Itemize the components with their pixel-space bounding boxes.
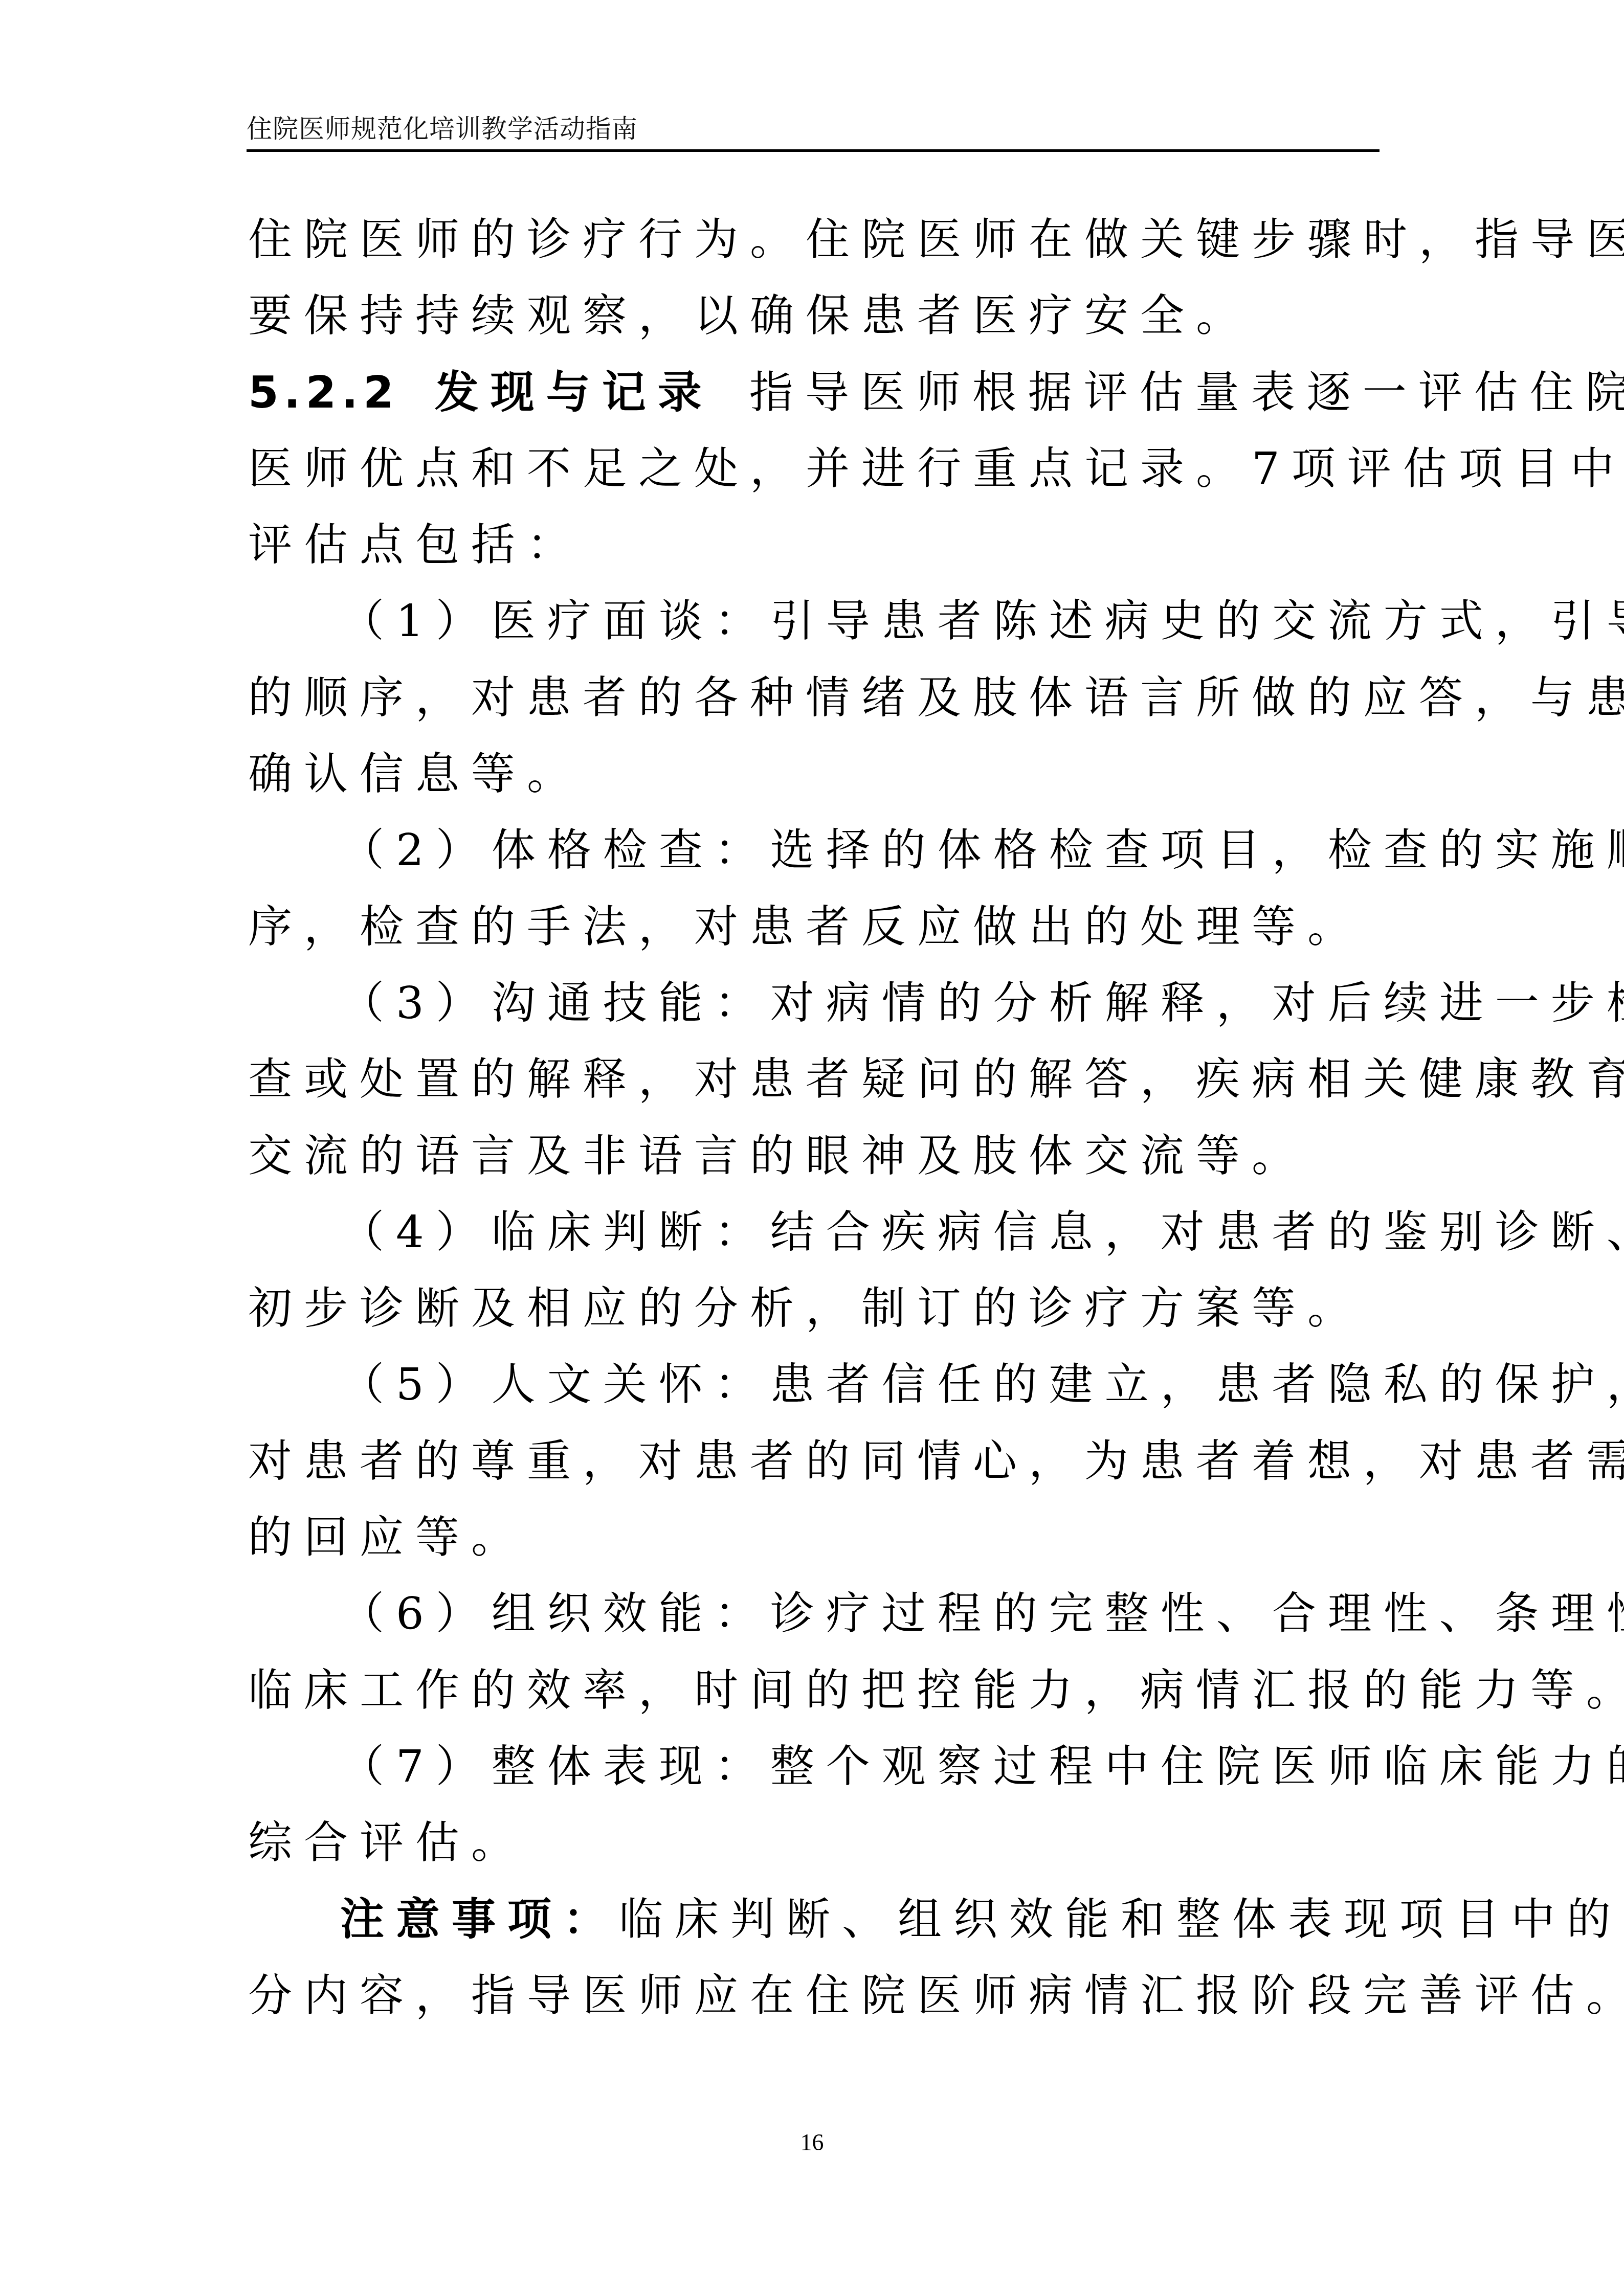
section-title: 发现与记录 — [435, 367, 714, 418]
section-5-2-2: 5.2.2发现与记录指导医师根据评估量表逐一评估住院 医师优点和不足之处，并进行… — [248, 355, 1394, 584]
section-heading-line: 5.2.2发现与记录指导医师根据评估量表逐一评估住院 — [248, 355, 1394, 431]
page-number: 16 — [0, 2127, 1624, 2158]
text-line: （2）体格检查：选择的体格检查项目，检查的实施顺 — [248, 813, 1394, 889]
evaluation-item-3: （3）沟通技能：对病情的分析解释，对后续进一步检 查或处置的解释，对患者疑问的解… — [248, 965, 1394, 1195]
note-first-line-text: 临床判断、组织效能和整体表现项目中的部 — [619, 1894, 1624, 1945]
text-line: 分内容，指导医师应在住院医师病情汇报阶段完善评估。 — [248, 1958, 1394, 2034]
page-body: 住院医师的诊疗行为。住院医师在做关键步骤时，指导医师 要保持持续观察，以确保患者… — [248, 202, 1394, 2034]
text-line: 查或处置的解释，对患者疑问的解答，疾病相关健康教育， — [248, 1042, 1394, 1118]
text-line: 住院医师的诊疗行为。住院医师在做关键步骤时，指导医师 — [248, 202, 1394, 278]
text-line: （3）沟通技能：对病情的分析解释，对后续进一步检 — [248, 965, 1394, 1042]
evaluation-item-2: （2）体格检查：选择的体格检查项目，检查的实施顺 序，检查的手法，对患者反应做出… — [248, 813, 1394, 965]
text-line: 对患者的尊重，对患者的同情心，为患者着想，对患者需求 — [248, 1424, 1394, 1500]
evaluation-item-6: （6）组织效能：诊疗过程的完整性、合理性、条理性， 临床工作的效率，时间的把控能… — [248, 1576, 1394, 1729]
text-line: 确认信息等。 — [248, 736, 1394, 813]
text-line: 序，检查的手法，对患者反应做出的处理等。 — [248, 889, 1394, 965]
text-line: （4）临床判断：结合疾病信息，对患者的鉴别诊断、 — [248, 1195, 1394, 1271]
note-label: 注意事项： — [340, 1894, 619, 1945]
section-number: 5.2.2 — [248, 367, 399, 418]
text-line: 医师优点和不足之处，并进行重点记录。7项评估项目中的 — [248, 431, 1394, 507]
evaluation-item-4: （4）临床判断：结合疾病信息，对患者的鉴别诊断、 初步诊断及相应的分析，制订的诊… — [248, 1195, 1394, 1347]
text-line: 的回应等。 — [248, 1500, 1394, 1576]
text-line: （6）组织效能：诊疗过程的完整性、合理性、条理性， — [248, 1576, 1394, 1652]
text-line: （7）整体表现：整个观察过程中住院医师临床能力的 — [248, 1729, 1394, 1805]
header-rule-divider — [247, 149, 1380, 152]
section-first-line-text: 指导医师根据评估量表逐一评估住院 — [749, 367, 1624, 418]
evaluation-item-1: （1）医疗面谈：引导患者陈述病史的交流方式，引导 的顺序，对患者的各种情绪及肢体… — [248, 583, 1394, 813]
text-line: 初步诊断及相应的分析，制订的诊疗方案等。 — [248, 1271, 1394, 1347]
continuation-paragraph: 住院医师的诊疗行为。住院医师在做关键步骤时，指导医师 要保持持续观察，以确保患者… — [248, 202, 1394, 355]
evaluation-item-5: （5）人文关怀：患者信任的建立，患者隐私的保护， 对患者的尊重，对患者的同情心，… — [248, 1347, 1394, 1576]
note-paragraph: 注意事项：临床判断、组织效能和整体表现项目中的部 分内容，指导医师应在住院医师病… — [248, 1882, 1394, 2035]
text-line: 的顺序，对患者的各种情绪及肢体语言所做的应答，与患者 — [248, 660, 1394, 736]
text-line: （1）医疗面谈：引导患者陈述病史的交流方式，引导 — [248, 583, 1394, 660]
text-line: 评估点包括： — [248, 507, 1394, 583]
evaluation-item-7: （7）整体表现：整个观察过程中住院医师临床能力的 综合评估。 — [248, 1729, 1394, 1882]
text-line: 临床工作的效率，时间的把控能力，病情汇报的能力等。 — [248, 1653, 1394, 1729]
text-line: （5）人文关怀：患者信任的建立，患者隐私的保护， — [248, 1347, 1394, 1423]
note-first-line: 注意事项：临床判断、组织效能和整体表现项目中的部 — [248, 1882, 1394, 1958]
running-header-title: 住院医师规范化培训教学活动指南 — [247, 114, 638, 144]
text-line: 交流的语言及非语言的眼神及肢体交流等。 — [248, 1118, 1394, 1195]
running-header: 住院医师规范化培训教学活动指南 — [247, 114, 1380, 154]
text-line: 综合评估。 — [248, 1805, 1394, 1881]
text-line: 要保持持续观察，以确保患者医疗安全。 — [248, 278, 1394, 354]
